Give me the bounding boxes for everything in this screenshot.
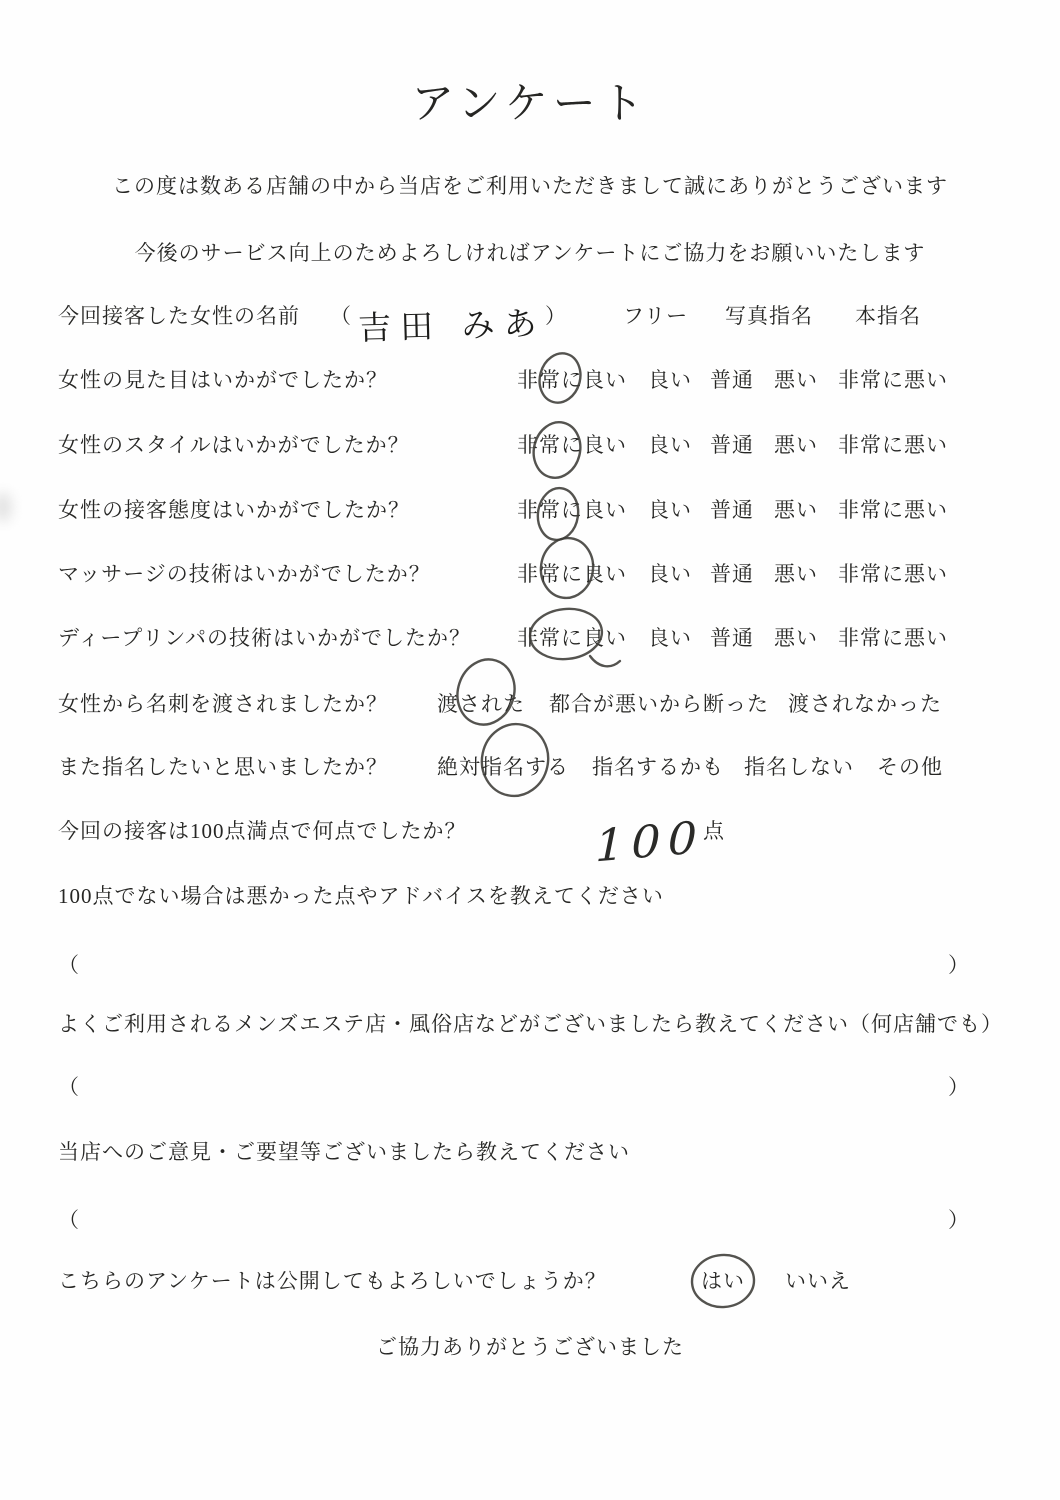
feedback-answer-line: （ ） xyxy=(0,1204,1060,1234)
rating-row-looks: 女性の見た目はいかがでしたか？ 非常に良い 良い 普通 悪い 非常に悪い xyxy=(0,364,1060,394)
option-very-good: 非常に良い xyxy=(517,429,627,459)
option-very-good: 非常に良い xyxy=(517,364,627,394)
close-paren: ） xyxy=(948,1071,970,1101)
question-label: 女性から名刺を渡されましたか？ xyxy=(58,688,388,718)
therapist-name-label: 今回接客した女性の名前 xyxy=(58,300,300,330)
rebook-row: また指名したいと思いましたか？ 絶対指名する 指名するかも 指名しない その他 xyxy=(0,751,1060,781)
score-unit: 点 xyxy=(703,815,725,845)
question-label: こちらのアンケートは公開してもよろしいでしょうか？ xyxy=(58,1265,607,1295)
option-normal: 普通 xyxy=(710,364,754,394)
option-good: 良い xyxy=(648,494,692,524)
circle-mark-deep-lymph-tail xyxy=(590,656,620,666)
advice-row: 100点でない場合は悪かった点やアドバイスを教えてください xyxy=(0,880,1060,910)
option-other: その他 xyxy=(877,751,943,781)
option-received: 渡された xyxy=(437,688,525,718)
question-label: 女性のスタイルはいかがでしたか？ xyxy=(58,429,410,459)
option-maybe: 指名するかも xyxy=(592,751,724,781)
option-no: 指名しない xyxy=(744,751,854,781)
close-paren: ） xyxy=(948,1204,970,1234)
intro-line-1: この度は数ある店舗の中から当店をご利用いただきまして誠にありがとうございます xyxy=(0,170,1060,200)
question-label: マッサージの技術はいかがでしたか？ xyxy=(58,558,431,588)
option-bad: 悪い xyxy=(774,622,818,652)
closing-row: ご協力ありがとうございました xyxy=(0,1331,1060,1361)
option-free: フリー xyxy=(623,300,688,330)
option-no: いいえ xyxy=(785,1265,851,1295)
advice-answer-line: （ ） xyxy=(0,949,1060,979)
option-declined: 都合が悪いから断った xyxy=(549,688,769,718)
option-good: 良い xyxy=(648,364,692,394)
other-shops-row: よくご利用されるメンズエステ店・風俗店などがございましたら教えてください（何店舗… xyxy=(0,1008,1060,1038)
therapist-name-row: 今回接客した女性の名前 （ 吉田 みあ ） フリー 写真指名 本指名 xyxy=(0,300,1060,330)
option-very-good: 非常に良い xyxy=(517,494,627,524)
option-normal: 普通 xyxy=(710,622,754,652)
question-label: 女性の接客態度はいかがでしたか？ xyxy=(58,494,410,524)
option-very-bad: 非常に悪い xyxy=(838,558,948,588)
close-paren: ） xyxy=(545,300,567,330)
option-normal: 普通 xyxy=(710,429,754,459)
rating-row-massage: マッサージの技術はいかがでしたか？ 非常に良い 良い 普通 悪い 非常に悪い xyxy=(0,558,1060,588)
option-very-bad: 非常に悪い xyxy=(838,364,948,394)
option-normal: 普通 xyxy=(710,494,754,524)
feedback-row: 当店へのご意見・ご要望等ございましたら教えてください xyxy=(0,1136,1060,1166)
close-paren: ） xyxy=(948,949,970,979)
option-good: 良い xyxy=(648,558,692,588)
open-paren: （ xyxy=(58,949,80,979)
question-label: また指名したいと思いましたか？ xyxy=(58,751,388,781)
option-not-received: 渡されなかった xyxy=(788,688,942,718)
question-label: 100点でない場合は悪かった点やアドバイスを教えてください xyxy=(58,880,664,910)
option-bad: 悪い xyxy=(774,364,818,394)
closing-message: ご協力ありがとうございました xyxy=(0,1331,1060,1361)
option-bad: 悪い xyxy=(774,494,818,524)
option-bad: 悪い xyxy=(774,429,818,459)
option-hon-shimei: 本指名 xyxy=(855,300,921,330)
option-very-bad: 非常に悪い xyxy=(838,494,948,524)
option-normal: 普通 xyxy=(710,558,754,588)
intro-line-2: 今後のサービス向上のためよろしければアンケートにご協力をお願いいたします xyxy=(0,237,1060,267)
handwritten-therapist-name: 吉田 みあ xyxy=(357,298,546,350)
question-label: ディープリンパの技術はいかがでしたか？ xyxy=(58,622,471,652)
open-paren: （ xyxy=(330,300,352,330)
option-bad: 悪い xyxy=(774,558,818,588)
page-title: アンケート xyxy=(0,70,1060,131)
option-very-good: 非常に良い xyxy=(517,622,627,652)
business-card-row: 女性から名刺を渡されましたか？ 渡された 都合が悪いから断った 渡されなかった xyxy=(0,688,1060,718)
option-good: 良い xyxy=(648,622,692,652)
option-photo-shimei: 写真指名 xyxy=(725,300,813,330)
rating-row-style: 女性のスタイルはいかがでしたか？ 非常に良い 良い 普通 悪い 非常に悪い xyxy=(0,429,1060,459)
question-label: よくご利用されるメンズエステ店・風俗店などがございましたら教えてください（何店舗… xyxy=(58,1008,1003,1038)
option-very-good: 非常に良い xyxy=(517,558,627,588)
publish-consent-row: こちらのアンケートは公開してもよろしいでしょうか？ はい いいえ xyxy=(0,1265,1060,1295)
survey-scan-page: アンケート この度は数ある店舗の中から当店をご利用いただきまして誠にありがとうご… xyxy=(0,0,1060,1500)
option-very-bad: 非常に悪い xyxy=(838,622,948,652)
open-paren: （ xyxy=(58,1071,80,1101)
question-label: 女性の見た目はいかがでしたか？ xyxy=(58,364,388,394)
option-good: 良い xyxy=(648,429,692,459)
question-label: 当店へのご意見・ご要望等ございましたら教えてください xyxy=(58,1136,630,1166)
other-shops-answer-line: （ ） xyxy=(0,1071,1060,1101)
option-yes: はい xyxy=(701,1265,745,1295)
open-paren: （ xyxy=(58,1204,80,1234)
option-very-bad: 非常に悪い xyxy=(838,429,948,459)
score-row: 今回の接客は100点満点で何点でしたか？ 100 点 xyxy=(0,815,1060,845)
question-label: 今回の接客は100点満点で何点でしたか？ xyxy=(58,815,467,845)
rating-row-deep-lymph: ディープリンパの技術はいかがでしたか？ 非常に良い 良い 普通 悪い 非常に悪い xyxy=(0,622,1060,652)
handwritten-score-value: 100 xyxy=(590,810,710,872)
rating-row-service: 女性の接客態度はいかがでしたか？ 非常に良い 良い 普通 悪い 非常に悪い xyxy=(0,494,1060,524)
option-definitely: 絶対指名する xyxy=(437,751,569,781)
